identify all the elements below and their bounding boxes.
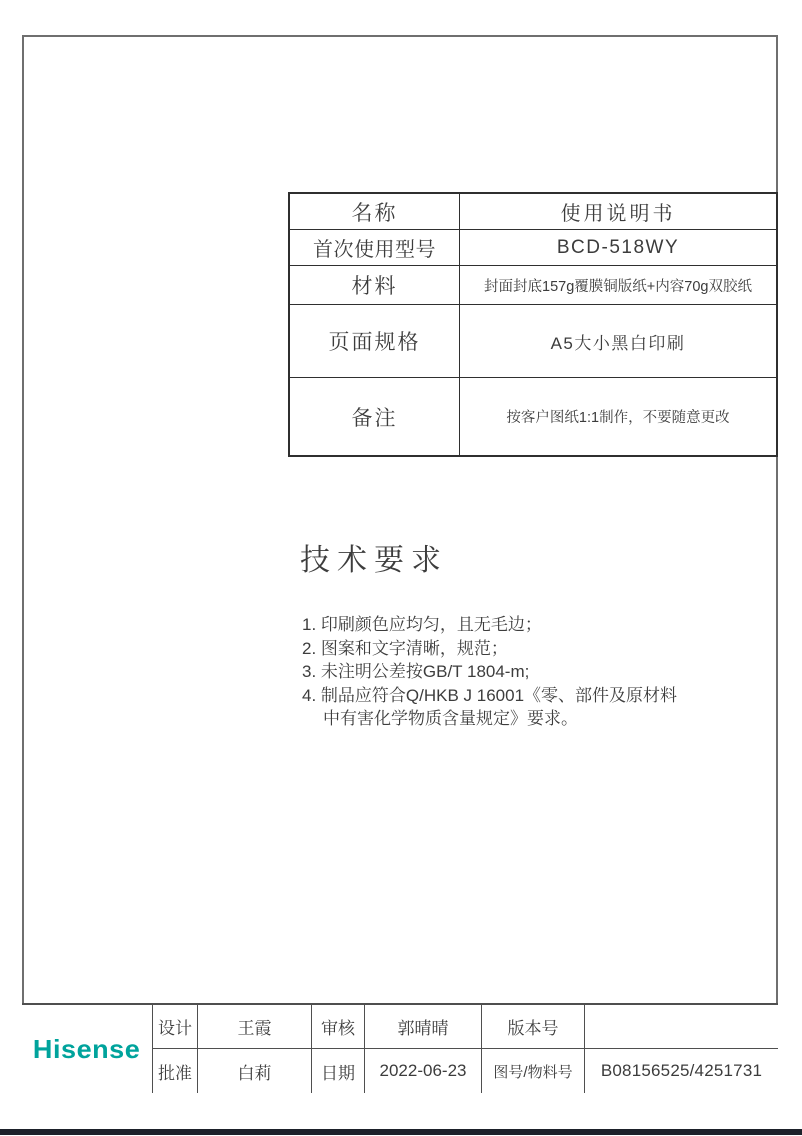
spec-row-label: 材料	[290, 265, 460, 304]
spec-row-value: 使用说明书	[460, 194, 776, 229]
bottom-black-bar	[0, 1129, 802, 1135]
tech-requirement-item: 2. 图案和文字清晰，规范；	[302, 637, 677, 661]
reviewer-cell: 郭晴晴	[365, 1005, 482, 1049]
tech-requirement-item: 3. 未注明公差按GB/T 1804-m;	[302, 660, 677, 684]
drawing-no-value-cell: B08156525/4251731	[585, 1049, 778, 1093]
spec-row-value: 封面封底157g覆膜铜版纸+内容70g双胶纸	[460, 265, 776, 304]
document-page: 名称 使用说明书 首次使用型号 BCD-518WY 材料 封面封底157g覆膜铜…	[0, 0, 802, 1136]
drawing-no-label-cell: 图号/物料号	[482, 1049, 585, 1093]
spec-row-value: A5大小黑白印刷	[460, 304, 776, 377]
date-label-cell: 日期	[312, 1049, 365, 1093]
spec-row-label: 名称	[290, 194, 460, 229]
approver-cell: 白莉	[198, 1049, 312, 1093]
spec-row-value: 按客户图纸1:1制作，不要随意更改	[460, 377, 776, 455]
logo-cell: Hisense	[22, 1005, 153, 1093]
spec-row-label: 页面规格	[290, 304, 460, 377]
version-value-cell	[585, 1005, 778, 1049]
spec-row-label: 首次使用型号	[290, 229, 460, 265]
tech-requirement-item-continuation: 中有害化学物质含量规定》要求。	[302, 707, 677, 731]
version-label-cell: 版本号	[482, 1005, 585, 1049]
tech-requirement-item: 4. 制品应符合Q/HKB J 16001《零、部件及原材料	[302, 684, 677, 708]
design-label-cell: 设计	[153, 1005, 198, 1049]
spec-row-value: BCD-518WY	[460, 229, 776, 265]
tech-requirements-title: 技术要求	[300, 535, 448, 579]
designer-cell: 王霞	[198, 1005, 312, 1049]
approve-label-cell: 批准	[153, 1049, 198, 1093]
spec-table: 名称 使用说明书 首次使用型号 BCD-518WY 材料 封面封底157g覆膜铜…	[288, 192, 778, 457]
date-value-cell: 2022-06-23	[365, 1049, 482, 1093]
tech-requirements-list: 1. 印刷颜色应均匀，且无毛边； 2. 图案和文字清晰，规范； 3. 未注明公差…	[302, 613, 677, 731]
hisense-logo: Hisense	[33, 1034, 140, 1065]
spec-row-label: 备注	[290, 377, 460, 455]
review-label-cell: 审核	[312, 1005, 365, 1049]
title-block: Hisense 设计 王霞 审核 郭晴晴 版本号 批准 白莉 日期 2022-0…	[22, 1003, 778, 1093]
tech-requirement-item: 1. 印刷颜色应均匀，且无毛边；	[302, 613, 677, 637]
